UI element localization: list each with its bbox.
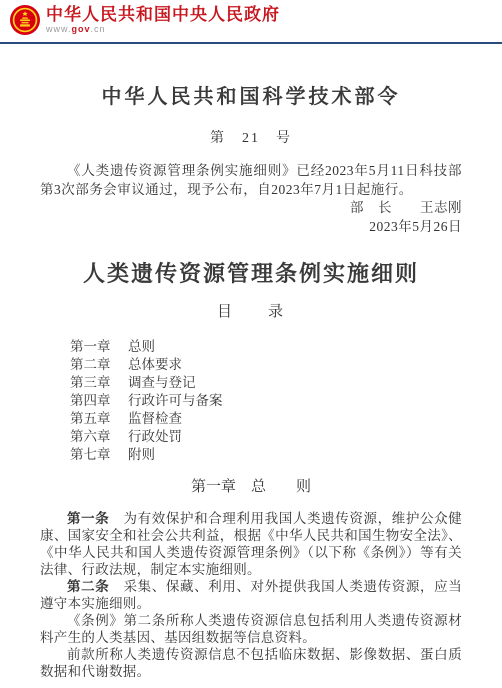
article-2-paragraph-2: 《条例》第二条所称人类遗传资源信息包括利用人类遗传资源材料产生的人类基因、基因组… [40, 612, 462, 646]
article-1-paragraph: 第一条 为有效保护和合理利用我国人类遗传资源，维护公众健康、国家安全和社会公共利… [40, 510, 462, 578]
toc-item-chapter-2: 第二章总体要求 [70, 356, 462, 374]
article-text: 前款所称人类遗传资源信息不包括临床数据、影像数据、蛋白质数据和代谢数据。 [40, 647, 462, 679]
page: 中华人民共和国中央人民政府 www.gov.cn 中华人民共和国科学技术部令 第… [0, 0, 502, 688]
toc-item-chapter-5: 第五章监督检查 [70, 410, 462, 428]
url-gov: gov [72, 24, 91, 34]
toc-chapter-title: 附则 [128, 447, 155, 462]
document-body: 中华人民共和国科学技术部令 第 21 号 《人类遗传资源管理条例实施细则》已经2… [0, 84, 502, 680]
article-2-paragraph-3: 前款所称人类遗传资源信息不包括临床数据、影像数据、蛋白质数据和代谢数据。 [40, 646, 462, 680]
announcement-paragraph: 《人类遗传资源管理条例实施细则》已经2023年5月11日科技部第3次部务会审议通… [40, 162, 462, 199]
toc-chapter-title: 总则 [128, 339, 155, 354]
toc-chapter-label: 第二章 [70, 357, 111, 372]
article-2-paragraph: 第二条 采集、保藏、利用、对外提供我国人类遗传资源，应当遵守本实施细则。 [40, 578, 462, 612]
table-of-contents: 第一章总则 第二章总体要求 第三章调查与登记 第四章行政许可与备案 第五章监督检… [40, 338, 462, 464]
toc-item-chapter-7: 第七章附则 [70, 446, 462, 464]
article-text: 《条例》第二条所称人类遗传资源信息包括利用人类遗传资源材料产生的人类基因、基因组… [40, 613, 462, 645]
order-number: 第 21 号 [40, 130, 462, 148]
order-title: 中华人民共和国科学技术部令 [40, 84, 462, 110]
site-title[interactable]: 中华人民共和国中央人民政府 [46, 6, 280, 24]
toc-chapter-title: 监督检查 [128, 411, 182, 426]
toc-chapter-label: 第六章 [70, 429, 111, 444]
toc-item-chapter-4: 第四章行政许可与备案 [70, 392, 462, 410]
signature-date: 2023年5月26日 [40, 218, 462, 237]
url-prefix: www. [46, 24, 72, 34]
toc-item-chapter-6: 第六章行政处罚 [70, 428, 462, 446]
url-suffix: .cn [91, 24, 106, 34]
toc-item-chapter-3: 第三章调查与登记 [70, 374, 462, 392]
regulation-title: 人类遗传资源管理条例实施细则 [40, 260, 462, 288]
article-label: 第二条 [67, 579, 123, 594]
site-identity: 中华人民共和国中央人民政府 www.gov.cn [46, 6, 280, 35]
toc-chapter-label: 第三章 [70, 375, 111, 390]
toc-chapter-title: 行政处罚 [128, 429, 182, 444]
article-paragraphs: 第一条 为有效保护和合理利用我国人类遗传资源，维护公众健康、国家安全和社会公共利… [40, 510, 462, 680]
national-emblem-icon[interactable] [10, 5, 40, 35]
toc-chapter-title: 行政许可与备案 [128, 393, 223, 408]
toc-chapter-title: 调查与登记 [128, 375, 196, 390]
site-header: 中华人民共和国中央人民政府 www.gov.cn [0, 0, 502, 44]
toc-chapter-label: 第四章 [70, 393, 111, 408]
toc-item-chapter-1: 第一章总则 [70, 338, 462, 356]
site-url[interactable]: www.gov.cn [46, 24, 280, 35]
toc-heading: 目 录 [40, 302, 462, 322]
signer-line: 部 长 王志刚 [40, 199, 462, 218]
toc-chapter-label: 第七章 [70, 447, 111, 462]
toc-chapter-title: 总体要求 [128, 357, 182, 372]
toc-chapter-label: 第一章 [70, 339, 111, 354]
toc-chapter-label: 第五章 [70, 411, 111, 426]
signature-block: 部 长 王志刚 2023年5月26日 [40, 199, 462, 236]
article-label: 第一条 [67, 511, 123, 526]
chapter-1-heading: 第一章 总 则 [40, 477, 462, 497]
